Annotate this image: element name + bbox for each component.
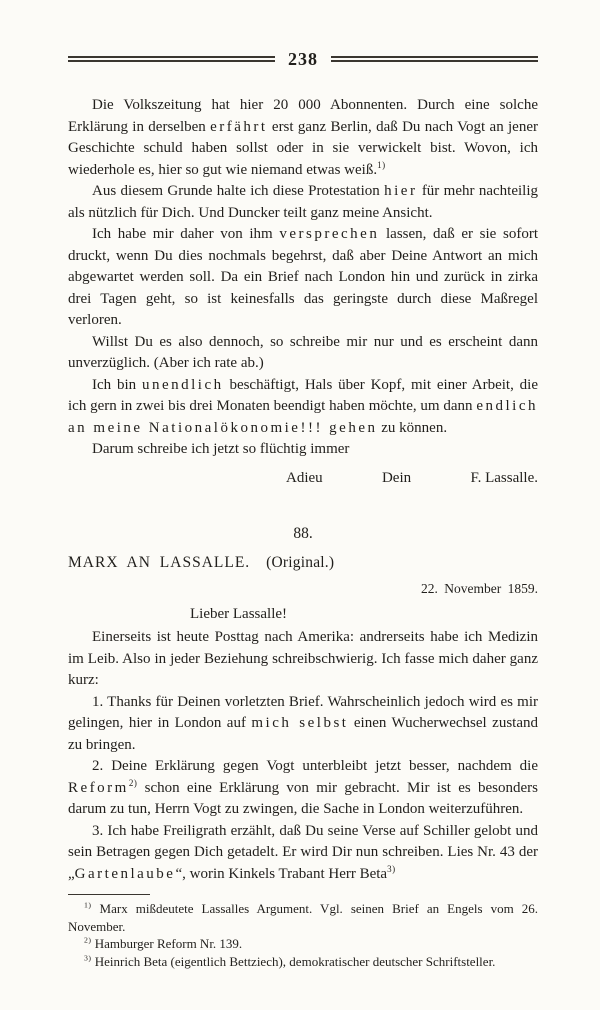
- letter-number: 88.: [68, 525, 538, 543]
- footnote-marker: 2): [84, 936, 92, 945]
- letter-closing: Adieu Dein F. Lassalle.: [68, 468, 538, 490]
- closing-signature: F. Lassalle.: [470, 468, 538, 490]
- text-segment: Ich habe mir daher von ihm: [92, 226, 279, 242]
- text-segment: Ich bin: [92, 377, 142, 393]
- footnotes-section: 1) Marx mißdeutete Lassalles Argument. V…: [68, 894, 538, 970]
- header-rule-left: [68, 56, 275, 62]
- letter-heading-title: MARX AN LASSALLE.: [68, 554, 250, 571]
- letter-date: 22. November 1859.: [68, 581, 538, 597]
- footnote-marker: 1): [84, 901, 92, 910]
- letter-heading-note: (Original.): [266, 554, 334, 571]
- paragraph: Ich habe mir daher von ihm versprechen l…: [68, 224, 538, 332]
- paragraph: Aus diesem Grunde halte ich diese Protes…: [68, 181, 538, 224]
- salutation: Lieber Lassalle!: [190, 606, 538, 623]
- emphasized-text: mich selbst: [251, 715, 348, 731]
- text-segment: Willst Du es also dennoch, so schreibe m…: [68, 334, 538, 372]
- text-segment: 2. Deine Erklärung gegen Vogt unterbleib…: [92, 758, 538, 774]
- paragraph: Ich bin unendlich beschäftigt, Hals über…: [68, 375, 538, 440]
- footnote-marker: 3): [387, 864, 396, 874]
- paragraph: Darum schreibe ich jetzt so flüchtig imm…: [68, 439, 538, 461]
- footnote: 1) Marx mißdeutete Lassalles Argument. V…: [68, 900, 538, 935]
- text-segment: Aus diesem Grunde halte ich diese Protes…: [92, 183, 384, 199]
- text-segment: “, worin Kinkels Trabant Herr Beta: [175, 866, 387, 882]
- emphasized-text: versprechen: [279, 226, 379, 242]
- footnote: 2) Hamburger Reform Nr. 139.: [68, 935, 538, 953]
- text-segment: schon eine Erklärung von mir gebracht. M…: [68, 780, 538, 818]
- text-segment: Heinrich Beta (eigentlich Bettziech), de…: [92, 954, 496, 969]
- closing-dein: Dein: [382, 468, 411, 490]
- paragraph: 2. Deine Erklärung gegen Vogt unterbleib…: [68, 756, 538, 821]
- footnote-marker: 3): [84, 953, 92, 962]
- header-rule-right: [331, 56, 538, 62]
- letter-88: 88. MARX AN LASSALLE.(Original.) 22. Nov…: [68, 525, 538, 885]
- paragraph: 3. Ich habe Freiligrath erzählt, daß Du …: [68, 821, 538, 886]
- text-segment: zu können.: [378, 420, 448, 436]
- footnote-divider: [68, 894, 150, 895]
- letter-continuation: Die Volkszeitung hat hier 20 000 Abonnen…: [68, 95, 538, 489]
- footnote-marker: 1): [377, 160, 386, 170]
- footnote: 3) Heinrich Beta (eigentlich Bettziech),…: [68, 953, 538, 971]
- running-head: 238: [68, 50, 538, 68]
- text-segment: Hamburger Reform Nr. 139.: [92, 936, 243, 951]
- paragraph: Die Volkszeitung hat hier 20 000 Abonnen…: [68, 95, 538, 181]
- letter-heading: MARX AN LASSALLE.(Original.): [68, 554, 538, 572]
- closing-adieu: Adieu: [286, 468, 323, 490]
- book-page: 238 Die Volkszeitung hat hier 20 000 Abo…: [0, 0, 600, 1010]
- emphasized-text: unendlich: [142, 377, 224, 393]
- text-segment: Einerseits ist heute Posttag nach Amerik…: [68, 629, 538, 688]
- paragraph: 1. Thanks für Deinen vorletzten Brief. W…: [68, 692, 538, 757]
- page-body: Die Volkszeitung hat hier 20 000 Abonnen…: [68, 95, 538, 970]
- emphasized-text: hier: [384, 183, 417, 199]
- emphasized-text: Gartenlaube: [75, 866, 176, 882]
- emphasized-text: Reform: [68, 780, 129, 796]
- page-number: 238: [275, 50, 331, 68]
- paragraph: Willst Du es also dennoch, so schreibe m…: [68, 332, 538, 375]
- paragraph: Einerseits ist heute Posttag nach Amerik…: [68, 627, 538, 692]
- text-segment: Darum schreibe ich jetzt so flüchtig imm…: [92, 441, 349, 457]
- emphasized-text: erfährt: [210, 119, 267, 135]
- text-segment: Marx mißdeutete Lassalles Argument. Vgl.…: [68, 901, 538, 934]
